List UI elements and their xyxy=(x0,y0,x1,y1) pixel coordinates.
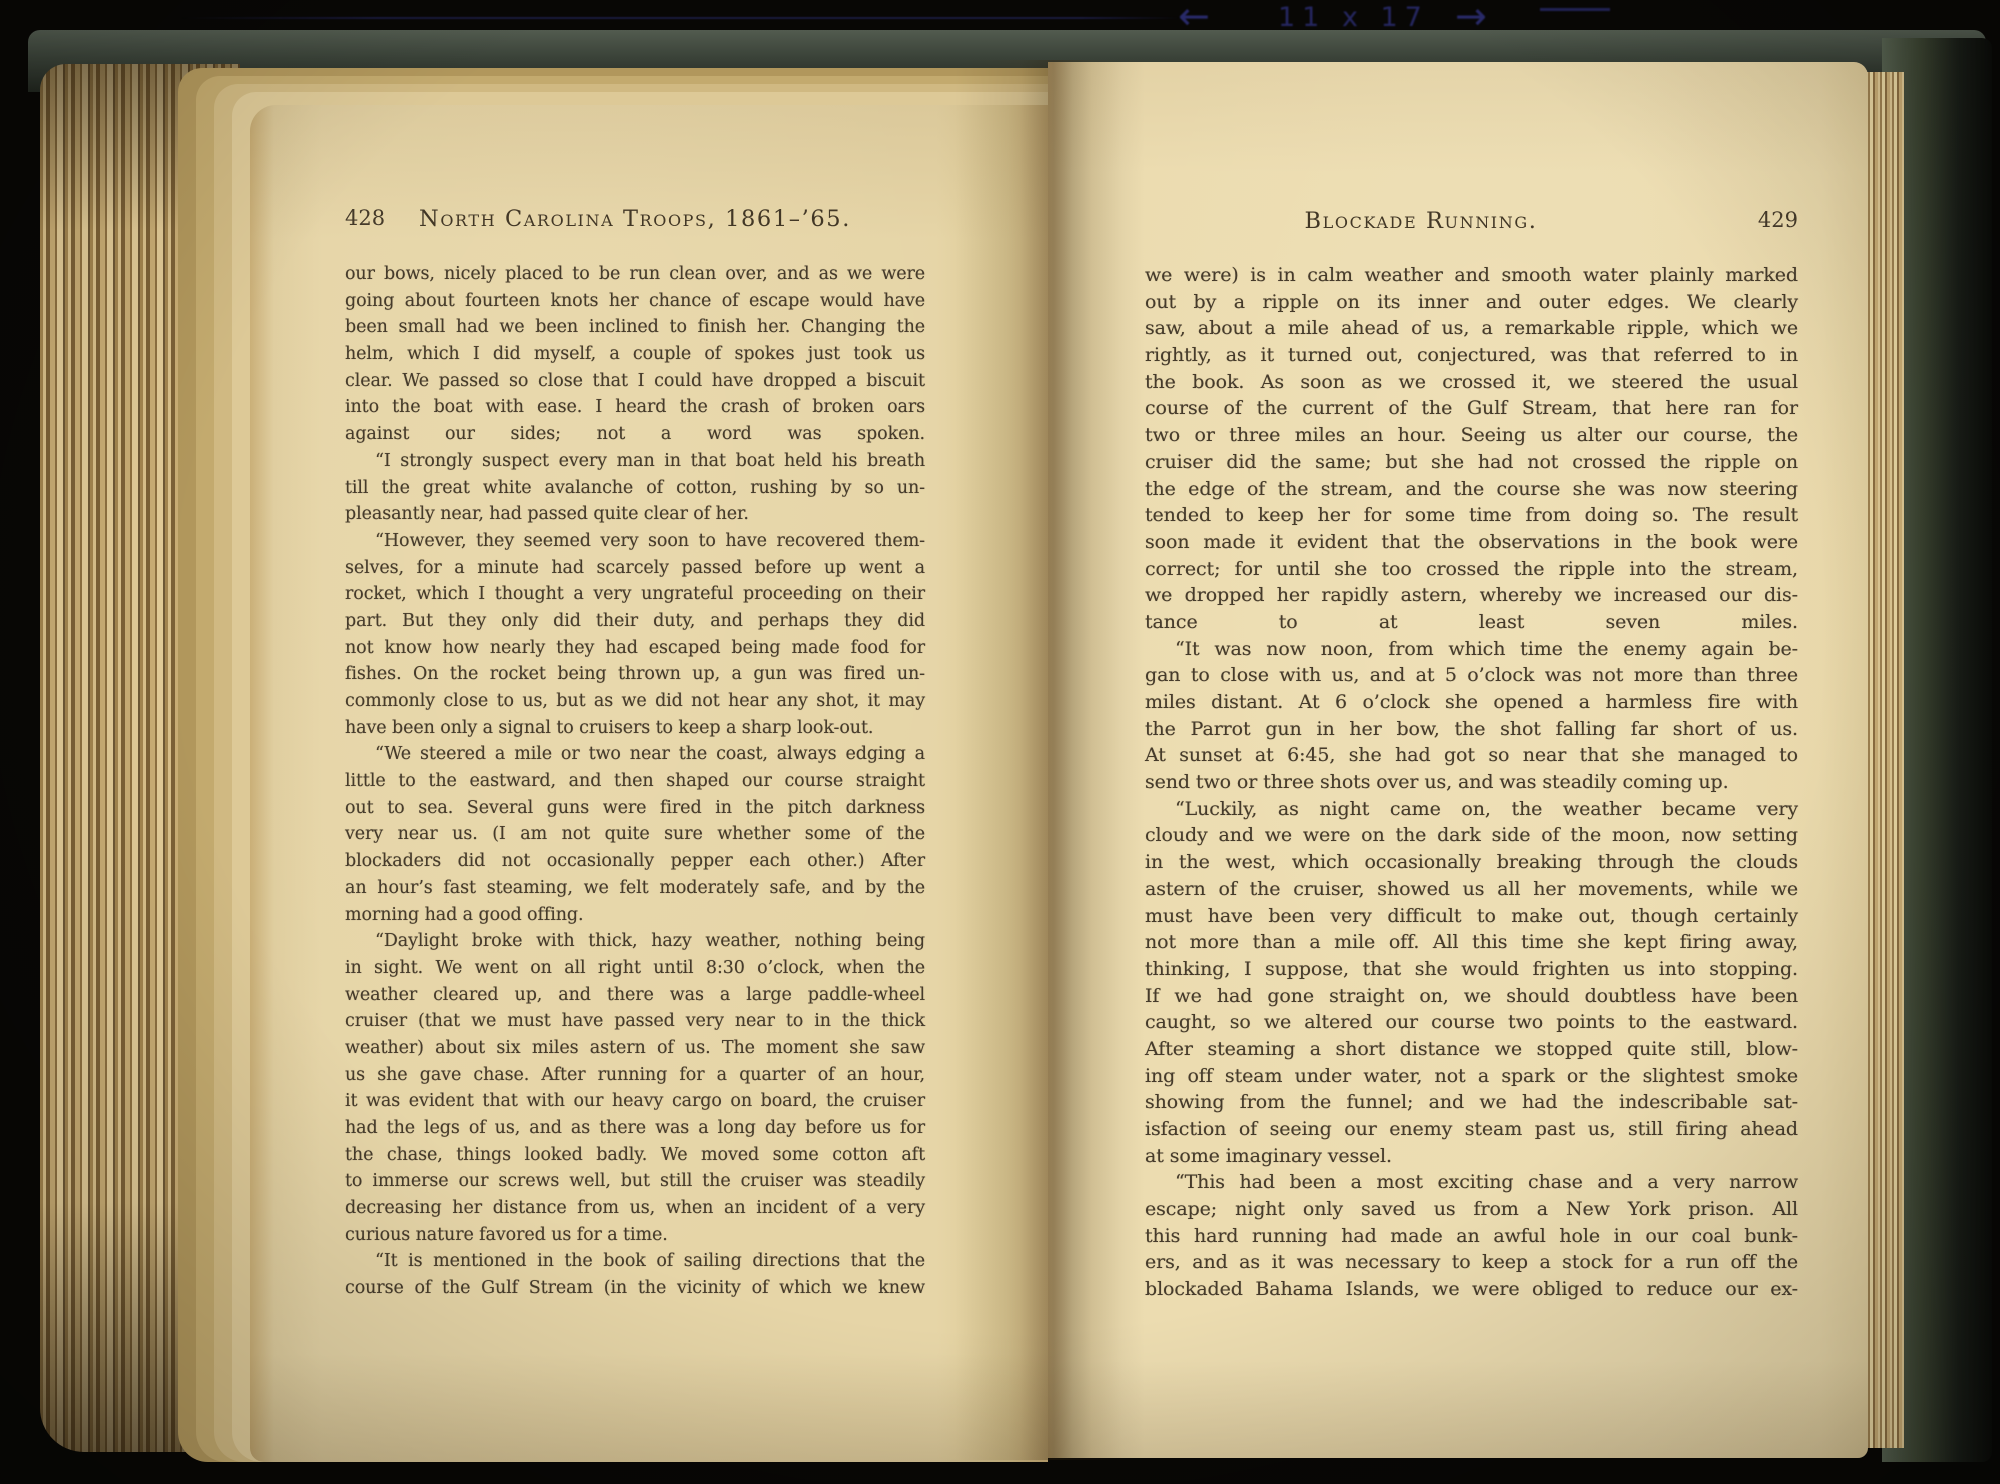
text-line: the Parrot gun in her bow, the shot fall… xyxy=(1145,716,1798,743)
text-line: curious nature favored us for a time. xyxy=(345,1222,925,1249)
text-line: not more than a mile off. All this time … xyxy=(1145,929,1798,956)
text-line: correct; for until she too crossed the r… xyxy=(1145,556,1798,583)
text-line: to immerse our screws well, but still th… xyxy=(345,1168,925,1195)
text-line: fishes. On the rocket being thrown up, a… xyxy=(345,661,925,688)
text-line: showing from the funnel; and we had the … xyxy=(1145,1089,1798,1116)
right-running-header: Blockade Running. xyxy=(1305,208,1538,234)
scan-scratch-line xyxy=(180,17,1180,19)
text-line: course of the current of the Gulf Stream… xyxy=(1145,395,1798,422)
text-line: little to the eastward, and then shaped … xyxy=(345,768,925,795)
text-line: had the legs of us, and as there was a l… xyxy=(345,1115,925,1142)
text-line: going about fourteen knots her chance of… xyxy=(345,288,925,315)
text-line: miles distant. At 6 o’clock she opened a… xyxy=(1145,689,1798,716)
text-line: send two or three shots over us, and was… xyxy=(1145,769,1798,796)
text-line: selves, for a minute had scarcely passed… xyxy=(345,555,925,582)
text-line: we dropped her rapidly astern, whereby w… xyxy=(1145,582,1798,609)
text-line: us she gave chase. After running for a q… xyxy=(345,1062,925,1089)
text-line: At sunset at 6:45, she had got so near t… xyxy=(1145,742,1798,769)
scan-dash-mark xyxy=(1540,8,1610,11)
text-line: part. But they only did their duty, and … xyxy=(345,608,925,635)
text-line: into the boat with ease. I heard the cra… xyxy=(345,394,925,421)
book-scan: ← 11 x 17 → 428 North Carolina Troops, 1… xyxy=(0,0,2000,1484)
text-line: this hard running had made an awful hole… xyxy=(1145,1223,1798,1250)
text-line: our bows, nicely placed to be run clean … xyxy=(345,261,925,288)
text-line: been small had we been inclined to finis… xyxy=(345,314,925,341)
text-line: it was evident that with our heavy cargo… xyxy=(345,1088,925,1115)
text-line: rightly, as it turned out, conjectured, … xyxy=(1145,342,1798,369)
text-line: in sight. We went on all right until 8:3… xyxy=(345,955,925,982)
text-line: ing off steam under water, not a spark o… xyxy=(1145,1063,1798,1090)
left-page-number: 428 xyxy=(345,206,385,230)
text-line: cruiser did the same; but she had not cr… xyxy=(1145,449,1798,476)
text-line: caught, so we altered our course two poi… xyxy=(1145,1009,1798,1036)
text-line: an hour’s fast steaming, we felt moderat… xyxy=(345,875,925,902)
text-line: course of the Gulf Stream (in the vicini… xyxy=(345,1275,925,1302)
text-line: must have been very difficult to make ou… xyxy=(1145,903,1798,930)
right-page-header: Blockade Running. 429 xyxy=(1145,208,1798,238)
text-line: morning had a good offing. xyxy=(345,902,925,929)
text-line: at some imaginary vessel. xyxy=(1145,1143,1798,1170)
text-line: the chase, things looked badly. We moved… xyxy=(345,1142,925,1169)
right-page-edge-stack xyxy=(1866,72,1904,1448)
text-line: out to sea. Several guns were fired in t… xyxy=(345,795,925,822)
text-line: helm, which I did myself, a couple of sp… xyxy=(345,341,925,368)
text-line: decreasing her distance from us, when an… xyxy=(345,1195,925,1222)
text-line: cruiser (that we must have passed very n… xyxy=(345,1008,925,1035)
text-line: weather cleared up, and there was a larg… xyxy=(345,982,925,1009)
text-line: “It is mentioned in the book of sailing … xyxy=(345,1248,925,1275)
text-line: two or three miles an hour. Seeing us al… xyxy=(1145,422,1798,449)
text-line: we were) is in calm weather and smooth w… xyxy=(1145,262,1798,289)
text-line: “Luckily, as night came on, the weather … xyxy=(1145,796,1798,823)
right-page-text: we were) is in calm weather and smooth w… xyxy=(1145,262,1798,1303)
text-line: weather) about six miles astern of us. T… xyxy=(345,1035,925,1062)
text-line: saw, about a mile ahead of us, a remarka… xyxy=(1145,315,1798,342)
text-line: “Daylight broke with thick, hazy weather… xyxy=(345,928,925,955)
text-line: commonly close to us, but as we did not … xyxy=(345,688,925,715)
text-line: pleasantly near, had passed quite clear … xyxy=(345,501,925,528)
text-line: till the great white avalanche of cotton… xyxy=(345,475,925,502)
text-line: gan to close with us, and at 5 o’clock w… xyxy=(1145,662,1798,689)
text-line: soon made it evident that the observatio… xyxy=(1145,529,1798,556)
text-line: the book. As soon as we crossed it, we s… xyxy=(1145,369,1798,396)
text-line: astern of the cruiser, showed us all her… xyxy=(1145,876,1798,903)
text-line: very near us. (I am not quite sure wheth… xyxy=(345,821,925,848)
text-line: If we had gone straight on, we should do… xyxy=(1145,983,1798,1010)
left-page-text: our bows, nicely placed to be run clean … xyxy=(345,261,925,1302)
text-line: the edge of the stream, and the course s… xyxy=(1145,476,1798,503)
text-line: escape; night only saved us from a New Y… xyxy=(1145,1196,1798,1223)
text-line: “This had been a most exciting chase and… xyxy=(1145,1169,1798,1196)
text-line: ers, and as it was necessary to keep a s… xyxy=(1145,1249,1798,1276)
left-page-header: 428 North Carolina Troops, 1861–’65. xyxy=(345,206,925,236)
text-line: not know how nearly they had escaped bei… xyxy=(345,635,925,662)
text-line: “I strongly suspect every man in that bo… xyxy=(345,448,925,475)
text-line: clear. We passed so close that I could h… xyxy=(345,368,925,395)
text-line: against our sides; not a word was spoken… xyxy=(345,421,925,448)
text-line: blockaders did not occasionally pepper e… xyxy=(345,848,925,875)
scan-size-label: 11 x 17 xyxy=(1278,2,1429,33)
text-line: out by a ripple on its inner and outer e… xyxy=(1145,289,1798,316)
text-line: “However, they seemed very soon to have … xyxy=(345,528,925,555)
text-line: have been only a signal to cruisers to k… xyxy=(345,715,925,742)
left-running-header: North Carolina Troops, 1861–’65. xyxy=(419,206,851,232)
right-page-number: 429 xyxy=(1758,208,1798,232)
text-line: “We steered a mile or two near the coast… xyxy=(345,741,925,768)
text-line: rocket, which I thought a very ungratefu… xyxy=(345,581,925,608)
text-line: tended to keep her for some time from do… xyxy=(1145,502,1798,529)
text-line: blockaded Bahama Islands, we were oblige… xyxy=(1145,1276,1798,1303)
text-line: thinking, I suppose, that she would frig… xyxy=(1145,956,1798,983)
text-line: After steaming a short distance we stopp… xyxy=(1145,1036,1798,1063)
text-line: in the west, which occasionally breaking… xyxy=(1145,849,1798,876)
text-line: “It was now noon, from which time the en… xyxy=(1145,636,1798,663)
text-line: isfaction of seeing our enemy steam past… xyxy=(1145,1116,1798,1143)
text-line: tance to at least seven miles. xyxy=(1145,609,1798,636)
text-line: cloudy and we were on the dark side of t… xyxy=(1145,822,1798,849)
